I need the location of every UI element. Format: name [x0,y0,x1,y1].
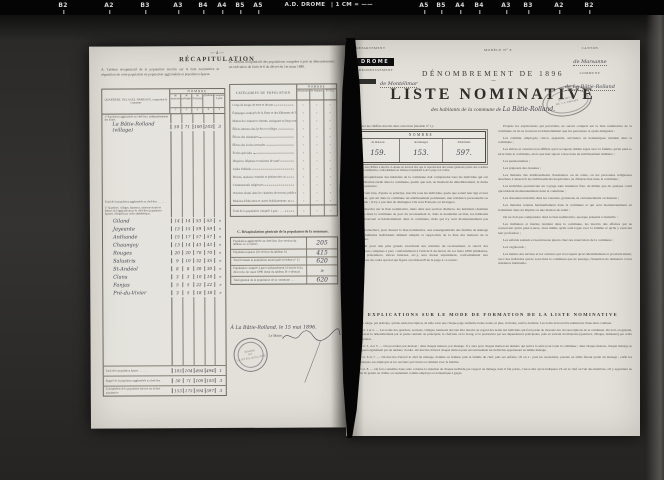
nombre-box-value: 597. [442,145,485,162]
subtitle: des habitants de la commune de La Bâtie-… [346,106,640,113]
departement-block: DÉPARTEMENT DROME ARRONDISSEMENT de Mont… [356,46,434,90]
total-row: Rappel de la population agglomérée au ch… [104,375,226,386]
ruler-label: A3 [173,2,182,9]
column-number: 4 [202,108,213,113]
explanation-paragraph: Col. 8. — On fera connaître dans cette c… [354,367,632,376]
recap-table-b: CATÉGORIES DE POPULATION NOMBRE d'hommes… [229,83,338,217]
ruler-label: A5 [253,2,262,9]
ruler-label: A4 [455,2,464,9]
nombre-box-value: 159. [357,145,399,162]
explanation-paragraph: Col. 1 et 2. — Les noms des quartiers, s… [354,328,632,341]
ruler-label: A3 [501,2,510,9]
ruler-label: B3 [140,2,149,9]
column-header: d'habitants [202,94,213,107]
column-header: TOTAL [323,89,336,99]
ruler-label: A2 [104,2,113,9]
body-paragraph: La récapitulation des habitants de la co… [354,175,488,189]
body-paragraph: Les malades retenus habituellement dans … [498,203,632,212]
nombre-box-header: NOMBRE [357,132,485,139]
explanation-paragraph: Col. 6 et 7. — On inscrira d'abord le ch… [354,355,632,364]
column-header: de femmes [309,89,322,99]
ruler-label: B2 [58,2,67,9]
film-edge [646,15,664,480]
explanation-paragraph: On range, par principe, qu'une seule ins… [354,321,632,325]
column-header: de Français [191,94,202,107]
drome-stamp: DROME [356,58,394,66]
exclusions-column: D'après les explications qui précèdent, … [498,124,632,268]
body-paragraph: Les individus poursuivant un voyage sans… [498,184,632,193]
body-paragraph: Les pensionnaires ; [498,159,632,164]
table-a-header: QUARTIERS, VILLAGES, HAMEAUX, composant … [102,89,224,115]
nombre-box: NOMBRE de maisonsde ménagesd'habitants 1… [356,131,486,163]
body-paragraph: On s'attachera, pour dresser la liste no… [354,228,488,242]
body-paragraph: On ne doit pas comprendre dans la liste … [498,215,632,220]
column-header: de maisons [170,94,180,107]
column-header: de ménages [180,94,191,107]
flourish-divider: ~·~ [468,79,518,84]
total-row: Total de la population éparse . . . . . … [104,365,226,376]
section2-label-row: 2° Quartiers, villages, hameaux, maisons… [103,204,225,217]
canton-label: CANTON [550,46,630,50]
scale-label: | 1 CM = —— [331,2,373,8]
section-a-intro: A. Tableau récapitulatif de la populatio… [101,67,219,77]
explanations-heading: EXPLICATIONS SUR LE MODE DE FORMATION DE… [346,312,640,317]
total-row: Total général de la population inscrite … [104,385,226,396]
scan-background: — 4 — RÉCAPITULATION A. Tableau récapitu… [0,15,664,480]
recap-table-a: QUARTIERS, VILLAGES, HAMEAUX, composant … [101,88,227,397]
spacer-row [102,131,224,200]
section-c-table: Population agglomérée au chef-lieu (1re … [230,236,338,285]
ruler-label: B4 [474,2,483,9]
body-paragraph: Les militaires et marins résidant dans l… [498,222,632,236]
ruler-label: B5 [235,2,244,9]
section-c-heading: C. Récapitulation générale de la populat… [230,229,336,234]
table-b-header: CATÉGORIES DE POPULATION NOMBRE d'hommes… [230,84,336,101]
ruler-label: B2 [584,2,593,9]
ruler-label: A4 [217,2,226,9]
canton-value: de Marsanne [573,59,606,66]
microfilm-ruler: B2A2B3A3B4A4B5A5 A.D. DROME | 1 CM = —— … [0,0,664,15]
left-page: — 4 — RÉCAPITULATION A. Tableau récapitu… [89,45,347,428]
liste-nominative-title: LISTE NOMINATIVE [346,86,640,104]
body-paragraph: Les commis, employés, clercs, apprentis,… [498,136,632,145]
page-number: — 4 — [89,49,345,55]
microfilm-scan-frame: B2A2B3A3B4A4B5A5 A.D. DROME | 1 CM = —— … [0,0,664,480]
body-paragraph: Les marins des navires et les ouvriers q… [498,252,632,266]
denombrement-title: DÉNOMBREMENT DE 1896 [346,69,640,78]
body-paragraph: Les enfants assistés et nourrissons plac… [498,238,632,243]
mayor-signature [280,326,342,386]
table-b-total-row: Total de la population comptée à part . … [231,204,337,216]
ruler-label: B4 [198,2,207,9]
body-paragraph: D'après les explications qui précèdent, … [498,124,632,133]
section-c-row: Total formant la population municipale (… [231,256,337,265]
recap-column: Reporter les chiffres inscrits dans cett… [354,124,488,265]
box-footnote: Nota. — Les chiffres à inscrire ci-dessu… [354,166,488,173]
section-c-row: Population agglomérée au chef-lieu (1re … [231,237,337,248]
column-number: 5 [213,108,224,113]
column-number: 2 [180,108,191,113]
body-paragraph: Établi pour une plus grande exactitude d… [354,244,488,262]
column-number: 1 [171,108,181,113]
nombre-box-value: 153. [399,145,442,162]
archive-name-label: A.D. DROME [285,2,326,8]
ruler-label: A5 [419,2,428,9]
body-paragraph: On inscrira sur la liste nominative, mai… [354,207,488,225]
column-header: comptés à part [213,94,224,107]
body-paragraph: Les malades des établissements d'assista… [498,173,632,182]
column-header: d'hommes [297,90,309,100]
mairie-stamp: MAIRIE DE LA BÂTIE-ROLLAND [231,335,271,375]
section-b-intro: B. Tableau récapitulatif des populations… [229,59,335,69]
body-paragraph: Les douaniers installés dans les caserne… [498,196,632,201]
column-number: 3 [191,108,202,113]
ruler-label: A2 [554,2,563,9]
right-page: DÉPARTEMENT DROME ARRONDISSEMENT de Mont… [346,40,640,436]
body-paragraph: Les élèves et ouvriers non affiliés qui … [498,147,632,156]
section-c-row: Total général de la population de la com… [231,276,337,285]
table-a-left-header: QUARTIERS, VILLAGES, HAMEAUX, composant … [102,89,169,113]
body-paragraph: Les vagabonds ; [498,245,632,250]
ruler-label: B5 [436,2,445,9]
body-paragraph: Doivent être, d'après ce principe, inscr… [354,191,488,205]
explanations-body: On range, par principe, qu'une seule ins… [354,321,632,378]
modele-label: MODÈLE N° 8 [463,48,533,52]
section-c-row: Population comptée à part conformément à… [231,264,337,276]
section-c-row: Population éparse (2e section du tableau… [231,248,337,257]
explanation-paragraph: Col. 3, 4 et 5. — On procédera par maiso… [354,344,632,353]
recap-instruction: Reporter les chiffres inscrits dans cett… [354,124,488,128]
spacer-row [103,296,225,365]
body-paragraph: Les préposés des douanes ; [498,166,632,171]
ruler-label: B3 [523,2,532,9]
